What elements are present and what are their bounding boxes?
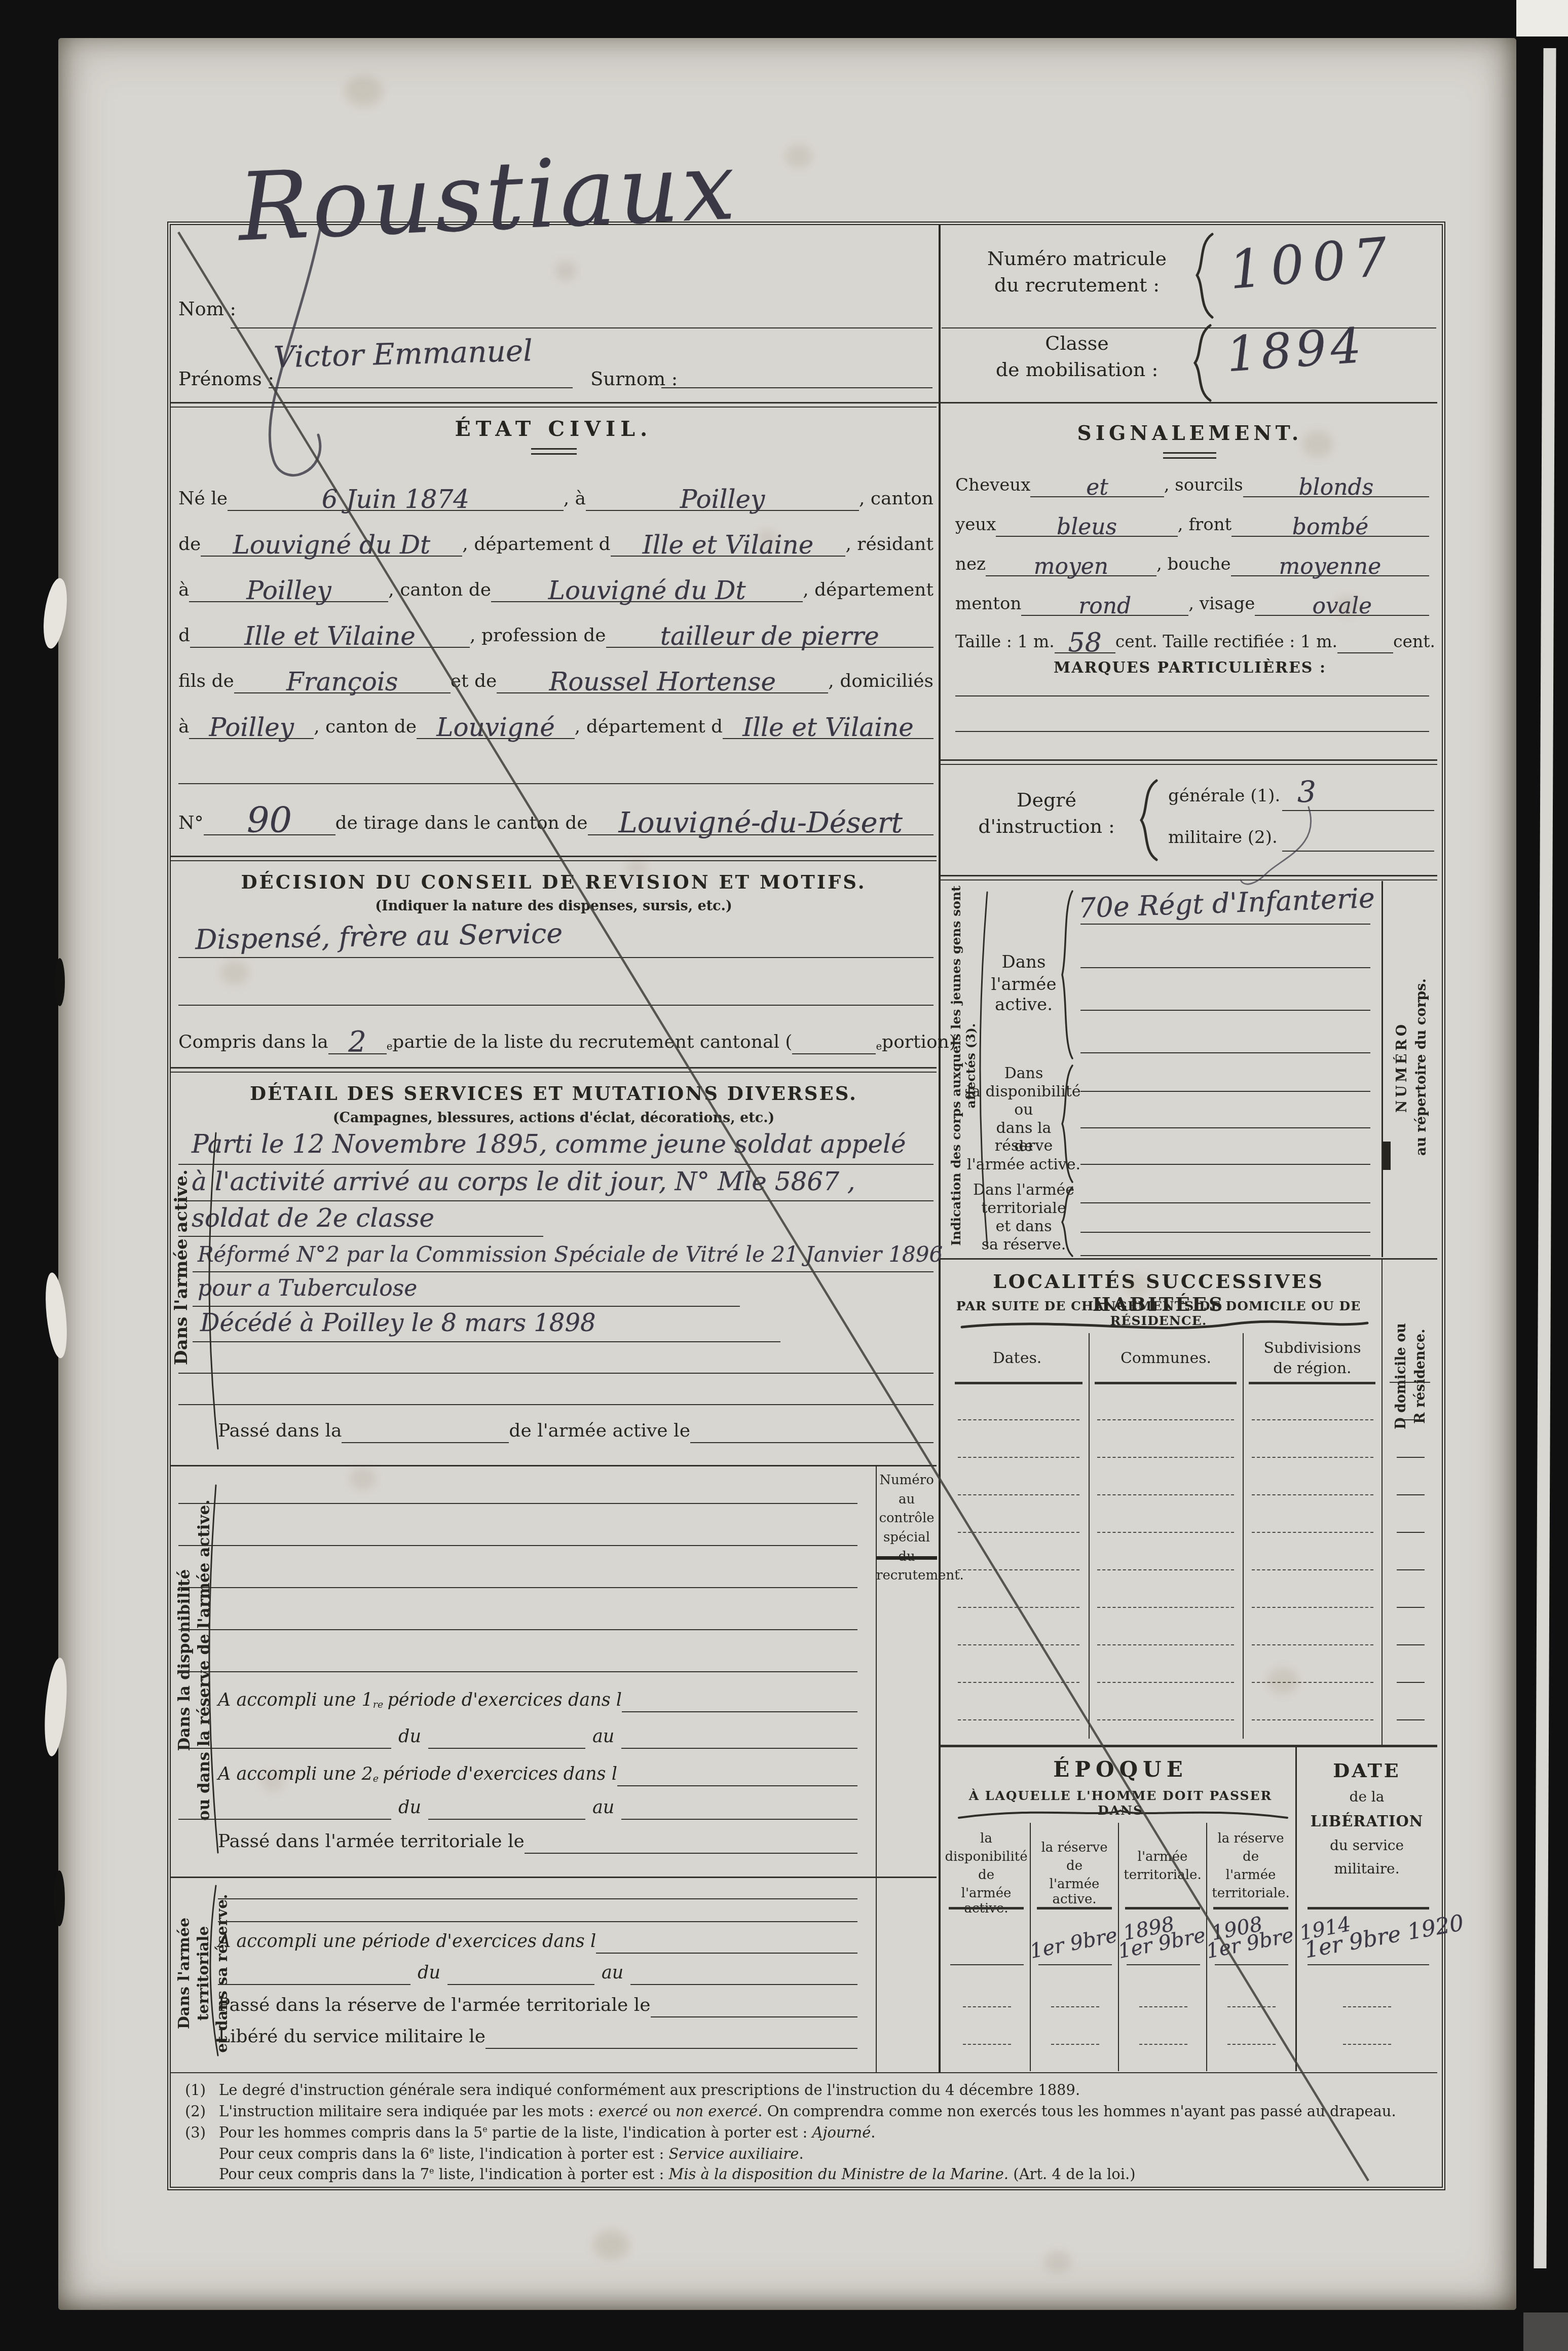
- ec-label: de tirage dans le canton de: [335, 813, 588, 835]
- armee-active-vertical-label: Dans l'armée active.: [171, 1085, 192, 1450]
- degre-label-line1: Degré: [963, 789, 1130, 811]
- signalement-bottom-separator-2: [941, 764, 1437, 765]
- footnote-5: Pour ceux compris dans la 7e liste, l'in…: [219, 2165, 1430, 2183]
- du-label: du: [391, 1726, 428, 1749]
- localites-row-dash: [1397, 1532, 1425, 1533]
- localites-col3-header-line2: de région.: [1248, 1360, 1377, 1377]
- epoque-blank-dash: [1139, 2006, 1187, 2007]
- sup-e: e: [429, 2146, 434, 2155]
- compris-label: partie de la liste du recrutement canton…: [392, 1032, 792, 1054]
- footnote-marker-2: (2): [185, 2103, 206, 2120]
- localites-row-dash: [1097, 1457, 1234, 1458]
- localites-row-dash: [1397, 1419, 1425, 1420]
- sup-e: e: [876, 1041, 882, 1054]
- localites-row-dash: [1097, 1644, 1234, 1645]
- footnote-marker-3: (3): [185, 2124, 206, 2141]
- controle-box: Numéro au contrôle spécial du recrutemen…: [876, 1466, 937, 1560]
- sup-e: e: [387, 1041, 393, 1054]
- localites-row-dash: [1252, 1532, 1373, 1533]
- nom-underline: [231, 327, 932, 328]
- passe-terr-label: Passé dans l'armée territoriale le: [218, 1831, 525, 1854]
- ec-label: à: [178, 579, 189, 602]
- signalement-bottom-separator: [941, 759, 1437, 761]
- corps-line: [1080, 1052, 1370, 1053]
- surnom-underline: [661, 387, 932, 388]
- ec-value-hw: Louvigné du Dt: [233, 535, 430, 555]
- dr-col-border: [1382, 1259, 1383, 1745]
- periode1-label: A accompli une 1: [218, 1690, 373, 1712]
- scan-corner-top-right: [1516, 0, 1568, 36]
- ec-label: , à: [564, 488, 586, 511]
- corps-dispo-label: l'armée active.: [965, 1156, 1082, 1173]
- localites-row-dash: [1252, 1607, 1373, 1608]
- sig-row-yeux: yeux bleus , front bombé: [955, 503, 1429, 537]
- du-label: du: [391, 1797, 428, 1820]
- dispo-blank-line: [178, 1503, 857, 1504]
- footnote-5-text: Pour ceux compris dans la 7: [219, 2165, 429, 2183]
- detail-subtitle: (Campagnes, blessures, actions d'éclat, …: [175, 1110, 932, 1126]
- sig-label: Cheveux: [955, 475, 1030, 497]
- signalement-title-dash: [1163, 452, 1216, 459]
- localites-row-dash: [1397, 1607, 1425, 1608]
- section1-divider: [170, 1465, 937, 1466]
- localites-row-dash: [1097, 1607, 1234, 1608]
- detail-line-1: Parti le 12 Novembre 1895, comme jeune s…: [192, 1129, 906, 1159]
- corps-dispo-label: la disponibilité: [965, 1083, 1082, 1100]
- sig-row-cheveux: Cheveux et , sourcils blonds: [955, 464, 1429, 497]
- ec-row-ne-le: Né le 6 Juin 1874 , à Poilley , canton: [178, 467, 934, 511]
- decision-subtitle: (Indiquer la nature des dispenses, sursi…: [175, 898, 932, 914]
- footnote-5-text: liste, l'indication à porter est :: [434, 2165, 669, 2183]
- epoque-c3-header: l'armée: [1120, 1849, 1205, 1864]
- sig-label: cent. Taille rectifiée : 1 m.: [1115, 632, 1337, 653]
- localites-row-dash: [1097, 1719, 1234, 1720]
- footnote-1-text: Le degré d'instruction générale sera ind…: [219, 2081, 1080, 2099]
- armee-active-vertical-text: Dans l'armée active.: [171, 1169, 192, 1365]
- corps-line: [1080, 924, 1370, 925]
- epoque-value-underline: [1215, 1964, 1288, 1965]
- localites-row-dash: [958, 1607, 1079, 1608]
- passe-label: de l'armée active le: [509, 1420, 690, 1443]
- controle-label-line: Numéro: [876, 1471, 937, 1490]
- periode2-label: période d'exercices dans l: [379, 1764, 617, 1786]
- classe-label-line1: Classe: [958, 332, 1196, 354]
- footnote-5-italic: Mis à la disposition du Ministre de la M…: [668, 2165, 1009, 2183]
- ec-row-profession: d Ille et Vilaine , profession de taille…: [178, 604, 934, 648]
- degre-generale-value: 3: [1297, 775, 1316, 809]
- epoque-c2-header: de: [1032, 1858, 1117, 1874]
- epoque-blank-dash: [1227, 2044, 1276, 2045]
- passe-territoriale-row: Passé dans l'armée territoriale le: [218, 1827, 857, 1854]
- dispo-blank-line: [178, 1629, 857, 1630]
- degre-label-line2: d'instruction :: [963, 815, 1130, 837]
- footnote-3-text: partie de la liste, l'indication à porte…: [488, 2124, 812, 2141]
- ec-row-tirage: N° 90 de tirage dans le canton de Louvig…: [178, 787, 934, 835]
- localites-col-divider: [1243, 1333, 1244, 1739]
- detail-blank-line: [178, 1404, 934, 1405]
- surnom-label: Surnom :: [590, 368, 678, 390]
- decision-title: DÉCISION DU CONSEIL DE REVISION ET MOTIF…: [175, 871, 932, 893]
- terr-vertical-line1: Dans l'armée territoriale: [175, 1880, 213, 2067]
- localites-header-rule: [1390, 1382, 1430, 1383]
- prenoms-label: Prénoms :: [178, 368, 274, 390]
- ec-row-residant: à Poilley , canton de Louvigné du Dt , d…: [178, 559, 934, 602]
- matricule-label-line2: du recrutement :: [958, 274, 1196, 296]
- localites-row-dash: [958, 1532, 1079, 1533]
- etat-civil-title: ÉTAT CIVIL.: [175, 417, 932, 441]
- detail-underline: [178, 1164, 934, 1165]
- ec-value-hw: tailleur de pierre: [660, 626, 879, 646]
- corps-dispo-label: ou: [976, 1101, 1072, 1119]
- corps-dispo-label: Dans: [976, 1064, 1072, 1082]
- scan-corner-bottom-right: [1523, 2312, 1568, 2351]
- localites-row-dash: [958, 1419, 1079, 1420]
- epoque-header-rule: [1308, 1907, 1429, 1909]
- localites-row-dash: [1097, 1419, 1234, 1420]
- sig-label: nez: [955, 554, 986, 576]
- ec-label: fils de: [178, 671, 234, 693]
- scanned-register-page: Nom : Roustiaux Prénoms : Victor Emmanue…: [0, 0, 1568, 2351]
- sig-label: Taille : 1 m.: [955, 632, 1055, 653]
- sig-value-hw: et: [1086, 479, 1108, 496]
- corps-line: [1080, 1164, 1370, 1165]
- classe-value: 1894: [1224, 318, 1367, 383]
- corps-active-label2: l'armée active.: [965, 974, 1082, 1015]
- localites-row-dash: [1397, 1719, 1425, 1720]
- marques-title: MARQUES PARTICULIÈRES :: [943, 659, 1437, 677]
- column-divider: [939, 225, 941, 2073]
- decision-value: Dispensé, frère au Service: [195, 917, 563, 956]
- localites-row-dash: [1252, 1719, 1373, 1720]
- ec-label: , département d: [462, 534, 610, 557]
- corps-line: [1080, 1010, 1370, 1011]
- detail-line-6: Décédé à Poilley le 8 mars 1898: [200, 1309, 595, 1337]
- footnote-5-text: (Art. 4 de la loi.): [1009, 2165, 1135, 2183]
- header-separator-2: [170, 407, 937, 408]
- libere-row: Libéré du service militaire le: [218, 2024, 857, 2049]
- ec-value-hw: Ille et Vilaine: [742, 717, 914, 738]
- ec-value-hw: Ille et Vilaine: [643, 535, 814, 555]
- localites-header-rule: [1249, 1382, 1375, 1384]
- localites-row-dash: [958, 1719, 1079, 1720]
- corps-dispo-label: de: [976, 1137, 1072, 1155]
- detail-underline: [193, 1341, 780, 1342]
- epoque-blank-dash: [963, 2044, 1011, 2045]
- ec-label: , résidant: [845, 534, 934, 557]
- degre-bottom-separator: [941, 875, 1437, 876]
- controle-label-line: au contrôle: [876, 1490, 937, 1528]
- epoque-header-rule: [1037, 1907, 1112, 1909]
- localites-subtitle: PAR SUITE DE CHANGEMENTS DE DOMICILE OU …: [946, 1299, 1371, 1328]
- localites-row-dash: [1097, 1494, 1234, 1495]
- ec-value-hw: Poilley: [680, 489, 765, 509]
- repertoire-line2: au répertoire du corps.: [1412, 953, 1431, 1181]
- repertoire-vertical-label: NUMÉRO au répertoire du corps.: [1393, 953, 1431, 1181]
- localites-header-rule: [955, 1382, 1082, 1384]
- degre-militaire-label: militaire (2).: [1168, 827, 1278, 848]
- corps-line: [1080, 1202, 1370, 1203]
- ec-row-domicile: à Poilley , canton de Louvigné , départe…: [178, 695, 934, 739]
- signalement-title: SIGNALEMENT.: [943, 422, 1437, 445]
- detail-line-3: soldat de 2e classe: [192, 1203, 434, 1233]
- detail-line-5: pour a Tuberculose: [198, 1275, 417, 1301]
- corps-line: [1080, 1255, 1370, 1256]
- degre-bottom-separator-2: [941, 879, 1437, 880]
- date-col-line4: du service: [1300, 1837, 1433, 1854]
- localites-row-dash: [1097, 1532, 1234, 1533]
- date-col-line2: de la: [1300, 1788, 1433, 1805]
- torn-edge-notch: [55, 958, 65, 1006]
- sig-value-hw: bleus: [1057, 518, 1117, 536]
- periode3-label: A accompli une période d'exercices dans …: [218, 1931, 596, 1954]
- ec-value-hw: 6 Juin 1874: [322, 489, 469, 509]
- compris-value-hw: 2: [348, 1031, 366, 1054]
- footnote-2-italic: exercé: [599, 2103, 648, 2120]
- ec-row-parents: fils de François et de Roussel Hortense …: [178, 650, 934, 693]
- ec-value-hw: Poilley: [209, 717, 294, 738]
- localites-row-dash: [1252, 1644, 1373, 1645]
- footnote-4: Pour ceux compris dans la 6e liste, l'in…: [219, 2145, 1430, 2162]
- sig-value-hw: ovale: [1312, 597, 1372, 615]
- epoque-value-underline: [1038, 1964, 1112, 1965]
- detail-underline: [193, 1306, 740, 1307]
- ec-value-hw: Louvigné du Dt: [548, 580, 746, 601]
- detail-line-2: à l'activité arrivé au corps le dit jour…: [192, 1167, 855, 1196]
- corps-line: [1080, 1232, 1370, 1233]
- decision-bottom-separator-2: [170, 1072, 937, 1073]
- date-col-line5: militaire.: [1300, 1860, 1433, 1877]
- terr-blank-line: [218, 1898, 857, 1899]
- ec-label: d: [178, 625, 190, 648]
- footnote-3-text: .: [871, 2124, 875, 2141]
- localites-row-dash: [1397, 1494, 1425, 1495]
- corps-line: [1080, 1127, 1370, 1128]
- localites-row-dash: [1397, 1644, 1425, 1645]
- epoque-header-rule: [1125, 1907, 1200, 1909]
- classe-label-line2: de mobilisation :: [958, 358, 1196, 381]
- dr-line2: R résidence.: [1411, 1282, 1430, 1470]
- passe-reserve-terr-row: Passé dans la réserve de l'armée territo…: [218, 1992, 857, 2017]
- localites-row-dash: [1097, 1569, 1234, 1570]
- terr-blank-line: [218, 1921, 857, 1922]
- prenoms-underline: [269, 387, 573, 388]
- localites-row-dash: [1252, 1682, 1373, 1683]
- corps-terr-label: sa réserve.: [965, 1236, 1082, 1254]
- periode1-sup: re: [373, 1699, 384, 1712]
- detail-blank-line: [178, 1373, 934, 1374]
- epoque-header-rule: [949, 1907, 1024, 1909]
- localites-col3-header-line1: Subdivisions: [1248, 1339, 1377, 1357]
- sig-value-hw: blonds: [1298, 479, 1373, 496]
- periode1-label: période d'exercices dans l: [383, 1690, 622, 1712]
- sup-e: e: [482, 2124, 487, 2134]
- detail-line-4: Réformé N°2 par la Commission Spéciale d…: [198, 1242, 943, 1267]
- sig-value-hw: bombé: [1292, 518, 1369, 536]
- matricule-label-line1: Numéro matricule: [958, 247, 1196, 270]
- sig-label: , sourcils: [1164, 475, 1243, 497]
- ec-label: à: [178, 716, 189, 739]
- footnote-2-text: ou: [648, 2103, 676, 2120]
- footnote-3: Pour les hommes compris dans la 5e parti…: [219, 2124, 1430, 2141]
- periode2-label: A accompli une 2: [218, 1764, 373, 1786]
- dispo-blank-line: [178, 1671, 857, 1672]
- epoque-c4-header: l'armée: [1208, 1867, 1293, 1883]
- localites-row-dash: [958, 1682, 1079, 1683]
- footnote-1: Le degré d'instruction générale sera ind…: [219, 2081, 1430, 2099]
- corps-terr-label: et dans: [965, 1218, 1082, 1235]
- localites-row-dash: [1252, 1569, 1373, 1570]
- epoque-c1-header: l'armée active.: [944, 1886, 1029, 1916]
- epoque-blank-dash: [1139, 2044, 1187, 2045]
- header-separator: [170, 402, 1437, 403]
- sup-e: e: [429, 2166, 434, 2176]
- libere-label: Libéré du service militaire le: [218, 2026, 486, 2049]
- repertoire-strip-mark: [1383, 1142, 1391, 1170]
- dispo-blank-line: [178, 1587, 857, 1588]
- ec-label: , département d: [575, 716, 723, 739]
- torn-edge-notch: [54, 1870, 65, 1926]
- epoque-c4-header: la réserve: [1208, 1831, 1293, 1846]
- periode1-row: A accompli une 1 re période d'exercices …: [218, 1684, 857, 1712]
- sig-label: cent.: [1393, 632, 1435, 653]
- detail-underline: [178, 1236, 543, 1237]
- detail-underline: [193, 1271, 934, 1272]
- marques-blank-line: [955, 731, 1429, 732]
- passe-label: Passé dans la: [218, 1420, 342, 1443]
- ec-value-hw: Louvigné: [436, 717, 555, 738]
- next-page-edge: [1534, 48, 1556, 2268]
- epoque-blank-dash: [1343, 2006, 1391, 2007]
- periode1-du-au-row: du au: [178, 1722, 857, 1749]
- corps-terr-label: territoriale: [965, 1199, 1082, 1217]
- footnote-2-text: L'instruction militaire sera indiquée pa…: [219, 2103, 599, 2120]
- sig-row-menton: menton rond , visage ovale: [955, 582, 1429, 616]
- ec-label: , canton: [859, 488, 934, 511]
- sig-label: menton: [955, 594, 1021, 616]
- epoque-value-underline: [950, 1964, 1024, 1965]
- prenoms-value: Victor Emmanuel: [273, 333, 533, 374]
- decision-bottom-separator: [170, 1067, 937, 1069]
- localites-col1-header: Dates.: [951, 1349, 1084, 1367]
- degre-generale-underline: [1282, 810, 1434, 811]
- localites-row-dash: [1252, 1419, 1373, 1420]
- ec-label: , domiciliés: [828, 671, 934, 693]
- detail-underline: [178, 1200, 934, 1201]
- localites-row-dash: [1397, 1569, 1425, 1570]
- sig-label: yeux: [955, 515, 996, 537]
- sig-value-hw: moyen: [1034, 558, 1108, 575]
- epoque-c2-header: l'armée active.: [1032, 1877, 1117, 1907]
- localites-row-dash: [1397, 1682, 1425, 1683]
- localites-row-dash: [1252, 1457, 1373, 1458]
- localites-row-dash: [958, 1494, 1079, 1495]
- sig-row-nez: nez moyen , bouche moyenne: [955, 543, 1429, 576]
- nom-label: Nom :: [178, 298, 236, 320]
- passe-armee-active-row: Passé dans la de l'armée active le: [218, 1417, 934, 1443]
- localites-bottom-rule: [941, 1745, 1437, 1747]
- du-label: du: [410, 1963, 447, 1985]
- localites-row-dash: [958, 1457, 1079, 1458]
- ec-value-hw: François: [286, 672, 398, 692]
- sig-row-taille: Taille : 1 m. 58 cent. Taille rectifiée …: [955, 622, 1429, 653]
- epoque-title: ÉPOQUE: [946, 1757, 1295, 1782]
- footnote-4-text: .: [799, 2145, 803, 2162]
- epoque-blank-dash: [1051, 2006, 1099, 2007]
- periode3-du-au-row: du au: [218, 1960, 857, 1985]
- repertoire-line1: NUMÉRO: [1393, 953, 1412, 1181]
- epoque-subtitle: À LAQUELLE L'HOMME DOIT PASSER DANS: [946, 1788, 1295, 1818]
- ec-label: , canton de: [314, 716, 417, 739]
- date-col-line1: DATE: [1300, 1759, 1433, 1782]
- repertoire-strip-border: [1382, 881, 1383, 1257]
- compris-row: Compris dans la 2 e partie de la liste d…: [178, 1023, 934, 1054]
- dr-vertical-label: D domicile ou R résidence.: [1392, 1282, 1430, 1470]
- corps-active-label1: Dans: [983, 952, 1064, 972]
- corps-line: [1080, 967, 1370, 968]
- epoque-c4-header: territoriale.: [1208, 1886, 1293, 1901]
- epoque-blank-dash: [1343, 2044, 1391, 2045]
- epoque-header-rule: [1213, 1907, 1288, 1909]
- periode3-row: A accompli une période d'exercices dans …: [218, 1927, 857, 1954]
- sig-value-hw: 58: [1068, 633, 1102, 654]
- epoque-blank-dash: [963, 2006, 1011, 2007]
- compris-label: Compris dans la: [178, 1032, 328, 1054]
- controle-label-line: spécial du: [876, 1528, 937, 1566]
- epoque-c2-header: la réserve: [1032, 1840, 1117, 1855]
- epoque-blank-dash: [1051, 2044, 1099, 2045]
- footnote-3-text: Pour les hommes compris dans la 5: [219, 2124, 482, 2141]
- localites-top-separator: [941, 1258, 1437, 1260]
- ec-blank-line: [178, 783, 934, 784]
- periode2-sup: e: [373, 1773, 379, 1786]
- decision-underline: [178, 957, 934, 958]
- epoque-date-divider: [1295, 1747, 1297, 2071]
- ec-label: , département: [803, 579, 934, 602]
- footnote-2-italic: non exercé: [676, 2103, 758, 2120]
- periode2-row: A accompli une 2 e période d'exercices d…: [218, 1758, 857, 1786]
- sig-label: , bouche: [1156, 554, 1231, 576]
- sig-label: , front: [1178, 515, 1231, 537]
- corps-terr-label: Dans l'armée: [965, 1181, 1082, 1199]
- ec-label: et de: [451, 671, 497, 693]
- footnote-4-text: liste, l'indication à porter est :: [434, 2145, 669, 2162]
- au-label: au: [585, 1797, 621, 1820]
- ec-value-hw: Ille et Vilaine: [244, 626, 416, 646]
- epoque-value-underline: [1308, 1964, 1429, 1965]
- etat-civil-title-dash: [531, 448, 577, 455]
- epoque-c1-header: disponibilité: [944, 1849, 1029, 1864]
- section2-divider: [170, 1877, 937, 1878]
- footnote-separator: [170, 2072, 1437, 2073]
- epoque-value-underline: [1127, 1964, 1200, 1965]
- ec-value-hw: Louvigné-du-Désert: [619, 812, 903, 835]
- ec-row-canton: de Louvigné du Dt , département d Ille e…: [178, 513, 934, 557]
- sig-value-hw: rond: [1078, 597, 1131, 615]
- localites-col2-header: Communes.: [1094, 1349, 1238, 1367]
- ec-value-hw: Poilley: [246, 580, 331, 601]
- ec-bottom-separator: [170, 856, 937, 857]
- controle-label-line: recrutement.: [876, 1566, 937, 1586]
- localites-row-dash: [958, 1569, 1079, 1570]
- footnote-2-text: . On comprendra comme non exercés tous l…: [758, 2103, 1396, 2120]
- ec-label: Né le: [178, 488, 228, 511]
- epoque-c4-header: de: [1208, 1849, 1293, 1864]
- ec-value-hw: 90: [247, 806, 292, 834]
- ec-value-hw: Roussel Hortense: [549, 672, 776, 692]
- date-col-line3: LIBÉRATION: [1300, 1813, 1433, 1830]
- ec-label: de: [178, 534, 201, 557]
- epoque-c1-header: la: [944, 1831, 1029, 1846]
